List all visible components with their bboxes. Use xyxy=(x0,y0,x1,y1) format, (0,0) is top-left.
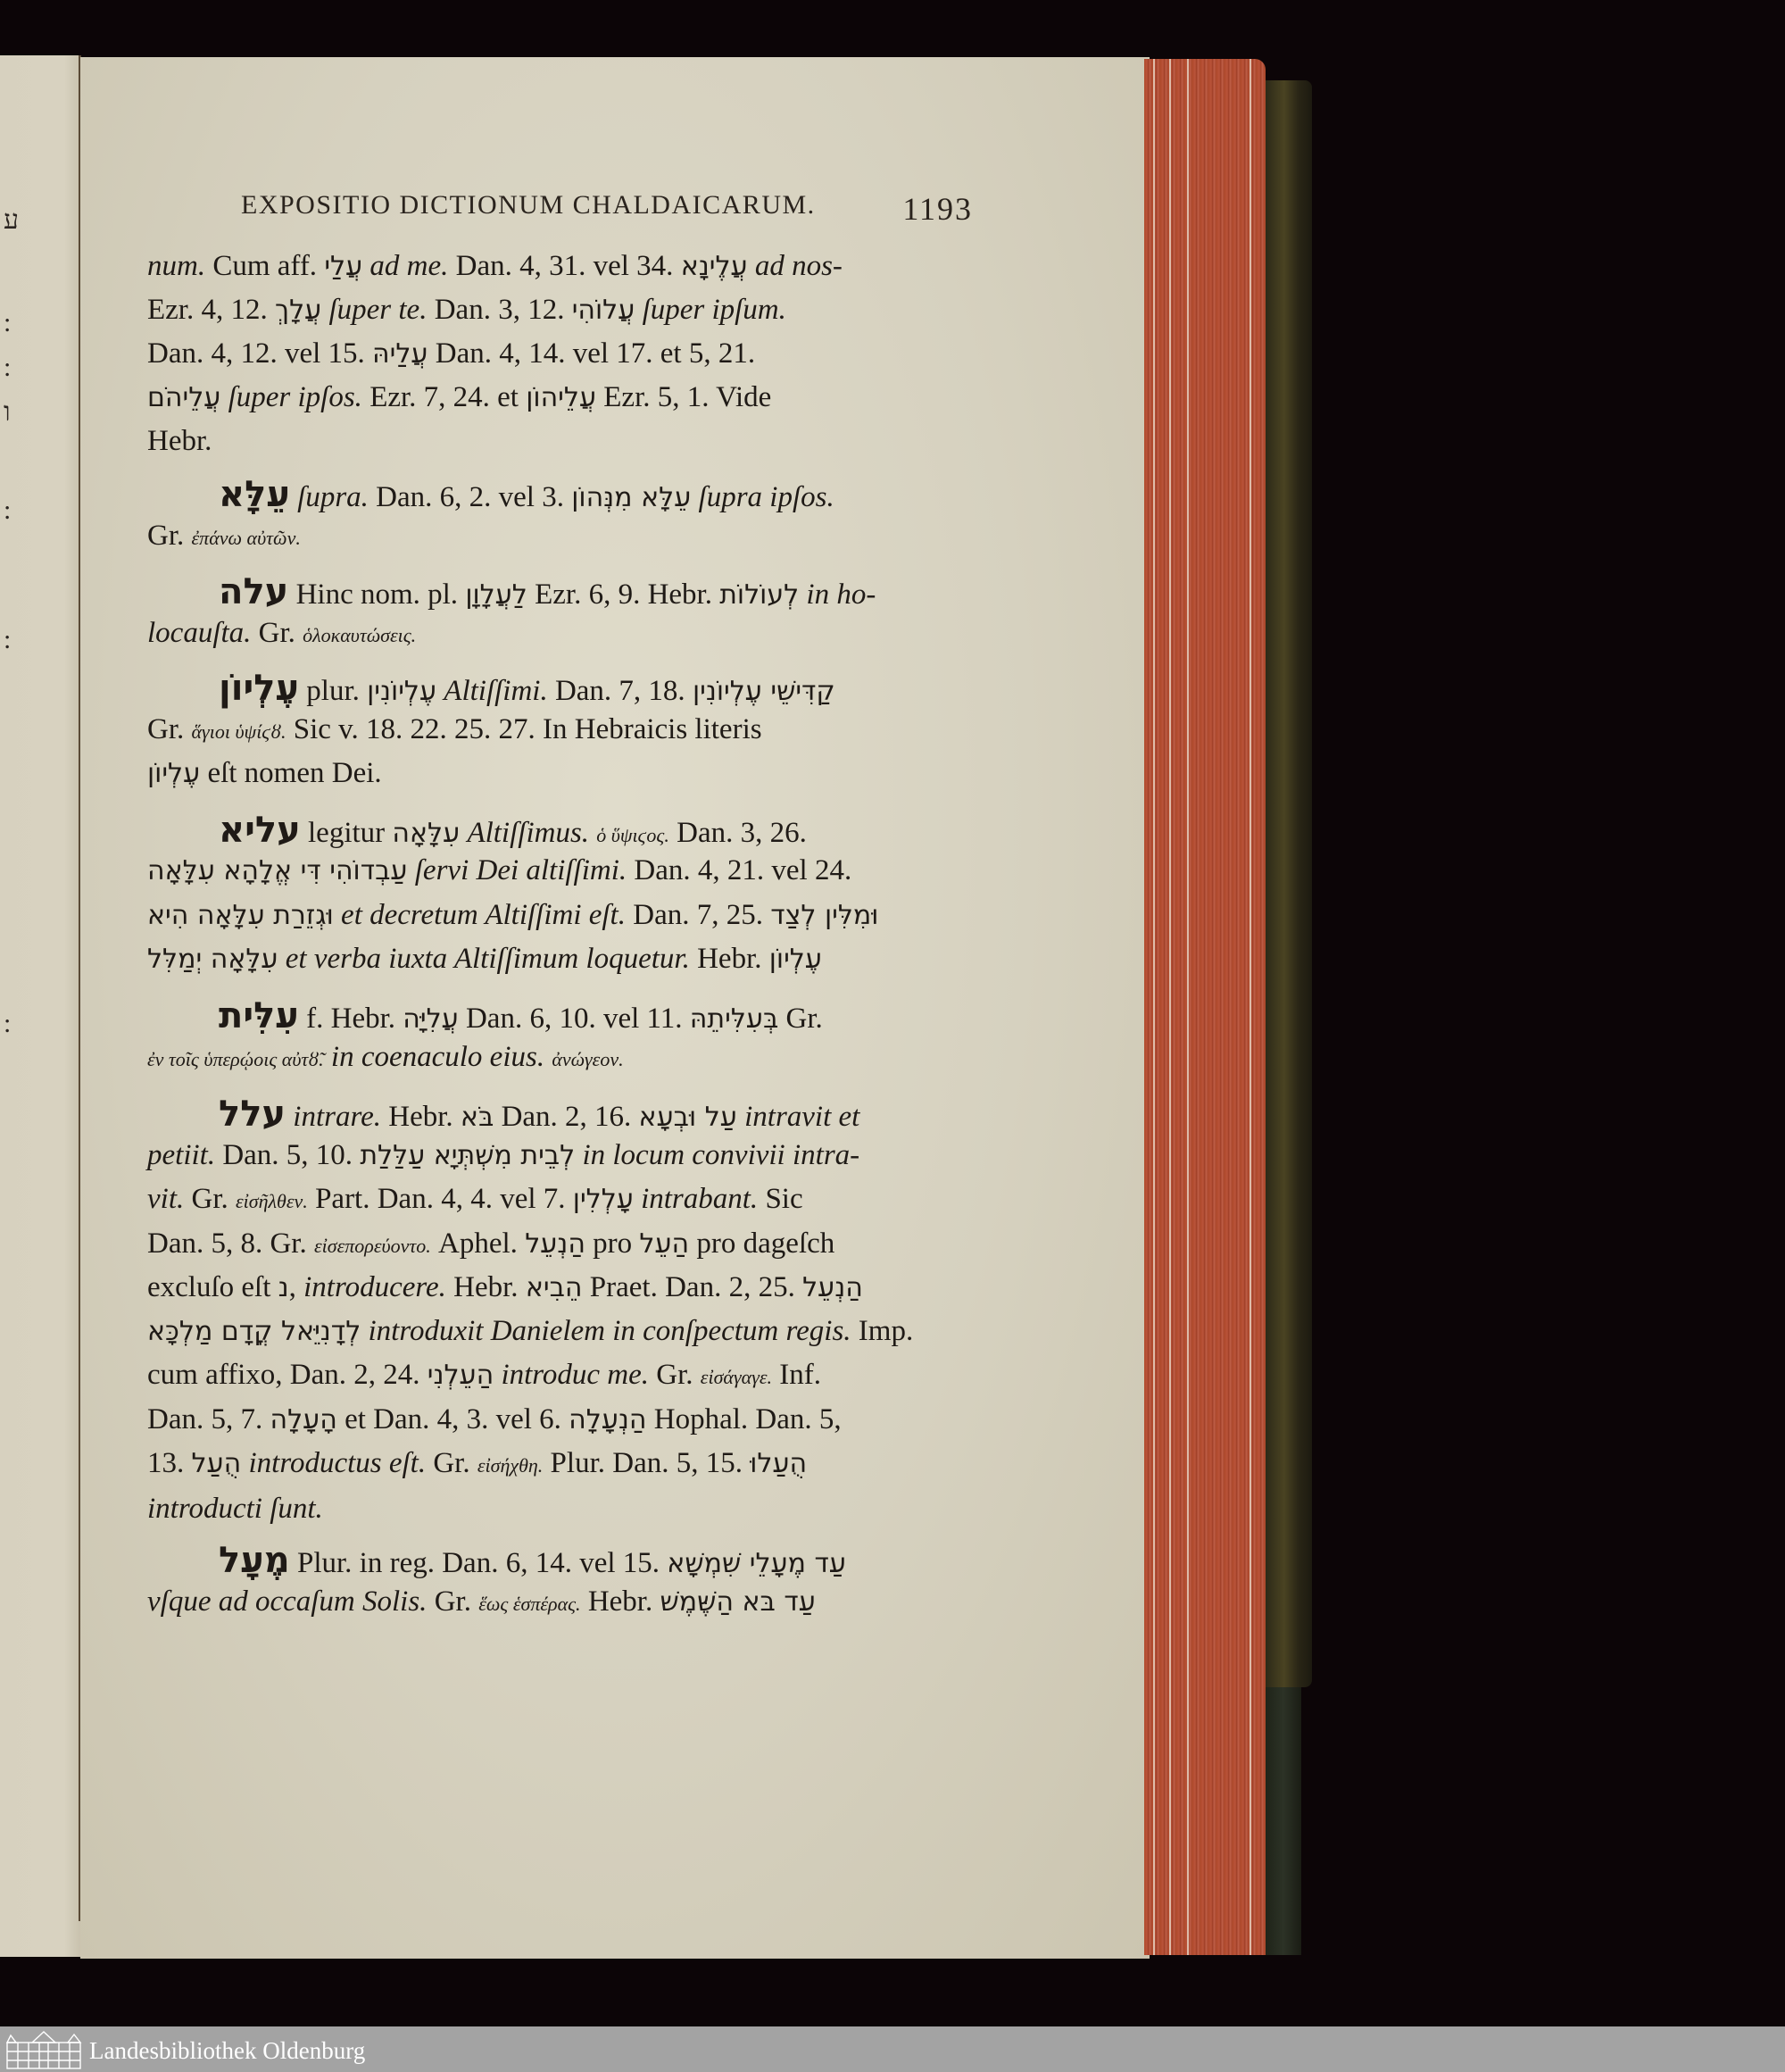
hebrew-text: עֲלָךְ xyxy=(275,295,321,326)
greek-text: ἐν τοῖς ὑπερῴοις αὐτȣ̃. xyxy=(147,1048,324,1070)
hebrew-text: עֲלִיָּה xyxy=(403,1003,458,1035)
latin-text: ſuper ipſos. xyxy=(220,381,362,413)
latin-text: Hebr. xyxy=(581,1585,660,1618)
page-fore-edge xyxy=(1144,59,1266,1955)
latin-text: introduc me. xyxy=(494,1359,649,1391)
hebrew-text: עֲלֵיהוֹן xyxy=(526,382,596,413)
text-line: vſque ad occaſum Solis. Gr. ἕως ἑσπέρας.… xyxy=(147,1587,816,1617)
latin-text: introducti ſunt. xyxy=(147,1493,323,1525)
hebrew-text: הָעָלָה xyxy=(270,1404,336,1435)
book-binding xyxy=(1266,80,1312,1687)
latin-text: et decretum Altiſſimi eſt. xyxy=(334,899,626,931)
running-title: EXPOSITIO DICTIONUM CHALDAICARUM. xyxy=(241,190,816,228)
latin-text: ſupra. xyxy=(290,481,369,513)
latin-text: in coenaculo eius. xyxy=(324,1041,544,1073)
library-building-icon xyxy=(5,2030,82,2069)
text-line: introducti ſunt. xyxy=(147,1494,323,1524)
latin-text: cum affixo, Dan. 2, 24. xyxy=(147,1359,428,1391)
latin-text: Hebr. xyxy=(147,425,212,457)
hebrew-text: עֲלַי xyxy=(324,251,362,282)
latin-text: in locum convivii intra- xyxy=(575,1139,859,1171)
lemma-headword: עֵלָּא xyxy=(219,474,290,515)
lemma-headword: עִלִּית xyxy=(219,995,299,1036)
latin-text: pro dageſch xyxy=(689,1227,834,1260)
latin-text: Gr. xyxy=(778,1003,823,1035)
latin-text: Dan. 6, 2. vel 3. xyxy=(369,481,571,513)
hebrew-text: עֲלוֹהִי xyxy=(572,295,635,326)
latin-text: Dan. 6, 10. vel 11. xyxy=(459,1003,690,1035)
latin-text: Gr. xyxy=(147,520,192,552)
latin-text: Gr. xyxy=(649,1359,701,1391)
latin-text: Dan. 3, 26. xyxy=(669,817,807,849)
text-line: עליא legitur עִלָּאָה Altiſſimus. ὁ ὕψιϛ… xyxy=(147,812,807,848)
text-line: Gr. ἐπάνω αὐτῶν. xyxy=(147,521,301,551)
greek-text: εἰσάγαγε. xyxy=(701,1366,772,1388)
hebrew-text: עֶלְיוֹן xyxy=(769,944,822,975)
hebrew-text: עַל וּבְעָא xyxy=(639,1102,737,1133)
latin-text: Hebr. xyxy=(446,1271,526,1303)
latin-text: Gr. xyxy=(251,617,303,649)
latin-text: ad nos- xyxy=(748,250,843,282)
lemma-headword: מֶעָל xyxy=(219,1540,290,1581)
hebrew-text: עֶלְיוֹנִין xyxy=(367,676,436,707)
hebrew-text: לְעוֹלוֹת xyxy=(719,579,799,611)
text-line: עֶלְיוֹן plur. עֶלְיוֹנִין Altiſſimi. Da… xyxy=(147,670,835,706)
latin-text: intrabant. xyxy=(634,1183,758,1215)
book-binding-lower xyxy=(1266,1687,1301,1955)
latin-text: Imp. xyxy=(851,1315,914,1347)
lemma-headword: עלל xyxy=(219,1094,286,1135)
lemma-headword: עליא xyxy=(219,810,301,851)
latin-text: Plur. Dan. 5, 15. xyxy=(543,1447,750,1479)
hebrew-text: לְבֵית מִשְׁתְּיָא עַלַּלַת xyxy=(360,1140,575,1171)
latin-text: , xyxy=(289,1271,304,1303)
hebrew-text: הֵבִיא xyxy=(526,1272,583,1303)
hebrew-text: הַנְעֵל xyxy=(802,1272,863,1303)
latin-text: ſupra ipſos. xyxy=(691,481,834,513)
latin-text: excluſo eſt xyxy=(147,1271,278,1303)
latin-text: num. xyxy=(147,250,205,282)
latin-text: Hebr. xyxy=(381,1101,461,1133)
latin-text: Dan. 4, 12. vel 15. xyxy=(147,337,372,370)
latin-text: Ezr. 5, 1. Vide xyxy=(596,381,771,413)
latin-text: Dan. 5, 7. xyxy=(147,1403,270,1435)
text-line: עֵלָּא ſupra. Dan. 6, 2. vel 3. עֵלָּא מ… xyxy=(147,477,834,512)
text-line: עַבְדוֹהִי דִּי אֱלָהָא עִלָּאָה ſervi D… xyxy=(147,856,851,886)
latin-text: ſervi Dei altiſſimi. xyxy=(408,854,627,886)
left-page-edge-glyph: ו xyxy=(4,397,11,428)
latin-text: Gr. xyxy=(427,1585,478,1618)
latin-text: legitur xyxy=(301,817,393,849)
latin-text: Hebr. xyxy=(690,943,769,975)
latin-text: introduxit Danielem in conſpectum regis. xyxy=(361,1315,851,1347)
latin-text: f. Hebr. xyxy=(299,1003,403,1035)
page-number: 1193 xyxy=(902,190,973,228)
text-line: 13. הֻעַל introductus eſt. Gr. εἰσήχθη. … xyxy=(147,1449,807,1478)
latin-text: Gr. xyxy=(147,713,192,745)
latin-text: Sic xyxy=(758,1183,802,1215)
latin-text: introducere. xyxy=(303,1271,446,1303)
hebrew-text: הֻעַל xyxy=(192,1448,242,1479)
text-line: עלל intrare. Hebr. בֹּא Dan. 2, 16. עַל … xyxy=(147,1096,859,1132)
latin-text: Dan. 7, 25. xyxy=(626,899,770,931)
latin-text: Cum aff. xyxy=(205,250,324,282)
latin-text: in ho- xyxy=(799,578,876,611)
lemma-headword: עֶלְיוֹן xyxy=(219,668,299,709)
hebrew-text: עֵלָּא מִנְּהוֹן xyxy=(571,482,691,513)
latin-text: Praet. Dan. 2, 25. xyxy=(583,1271,803,1303)
latin-text: introductus eſt. xyxy=(241,1447,426,1479)
hebrew-text: הַנְעֵל xyxy=(525,1228,585,1260)
latin-text: ſuper ipſum. xyxy=(635,294,786,326)
hebrew-text: עֲלַיהּ xyxy=(372,338,428,370)
text-line: עלה Hinc nom. pl. לַעֲלָוָן Ezr. 6, 9. H… xyxy=(147,574,876,610)
latin-text: Dan. 4, 31. vel 34. xyxy=(448,250,680,282)
latin-text: petiit. xyxy=(147,1139,215,1171)
text-line: מֶעָל Plur. in reg. Dan. 6, 14. vel 15. … xyxy=(147,1543,846,1578)
latin-text: Part. Dan. 4, 4. vel 7. xyxy=(308,1183,573,1215)
hebrew-text: עֶלְיוֹן xyxy=(147,758,200,789)
latin-text: plur. xyxy=(299,675,367,707)
latin-text: 13. xyxy=(147,1447,192,1479)
greek-text: ὁλοκαυτώσεις. xyxy=(303,624,416,646)
latin-text: ſuper te. xyxy=(321,294,427,326)
text-line: Dan. 4, 12. vel 15. עֲלַיהּ Dan. 4, 14. … xyxy=(147,339,755,369)
latin-text: locauſta. xyxy=(147,617,251,649)
greek-text: ἐπάνω αὐτῶν. xyxy=(192,527,301,549)
text-line: Hebr. xyxy=(147,427,212,456)
greek-text: εἰσήχθη. xyxy=(477,1454,543,1477)
hebrew-text: וּגְזֵרַת עִלָּאָה הִיא xyxy=(147,900,334,931)
text-line: וּגְזֵרַת עִלָּאָה הִיא et decretum Alti… xyxy=(147,901,878,930)
running-header: EXPOSITIO DICTIONUM CHALDAICARUM. 1193 xyxy=(241,190,973,228)
text-line: ἐν τοῖς ὑπερῴοις αὐτȣ̃. in coenaculo eiu… xyxy=(147,1043,624,1072)
hebrew-text: עַד מֶעָלֵי שִׁמְשָׁא xyxy=(667,1548,846,1579)
hebrew-text: הַנְעָלָה xyxy=(569,1404,646,1435)
greek-text: ἕως ἑσπέρας. xyxy=(478,1593,580,1615)
latin-text: Dan. 4, 21. vel 24. xyxy=(627,854,851,886)
text-line: excluſo eſt נ, introducere. Hebr. הֵבִיא… xyxy=(147,1273,863,1302)
hebrew-text: לַעֲלָוָן xyxy=(465,579,527,611)
text-line: לְדָנִיֵּאל קֳדָם מַלְכָּא introduxit Da… xyxy=(147,1317,913,1346)
latin-text: Dan. 5, 8. Gr. xyxy=(147,1227,314,1260)
hebrew-text: עֲלֶינָא xyxy=(681,251,748,282)
latin-text: intravit et xyxy=(737,1101,859,1133)
hebrew-text: הַעֵלְנִי xyxy=(428,1360,494,1391)
latin-text: eſt nomen Dei. xyxy=(200,757,381,789)
latin-text: ad me. xyxy=(362,250,448,282)
left-page: ע׃׃ו׃׃׃ xyxy=(0,55,80,1957)
latin-text: Gr. xyxy=(184,1183,236,1215)
latin-text: Aphel. xyxy=(431,1227,525,1260)
latin-text: et Dan. 4, 3. vel 6. xyxy=(337,1403,569,1435)
text-line: Ezr. 4, 12. עֲלָךְ ſuper te. Dan. 3, 12.… xyxy=(147,295,786,325)
latin-text: Dan. 5, 10. xyxy=(215,1139,360,1171)
latin-text: Ezr. 7, 24. et xyxy=(362,381,526,413)
latin-text: Hophal. Dan. 5, xyxy=(647,1403,842,1435)
latin-text: Plur. in reg. Dan. 6, 14. vel 15. xyxy=(290,1547,668,1579)
text-line: vit. Gr. εἰσῆλθεν. Part. Dan. 4, 4. vel … xyxy=(147,1185,803,1214)
text-line: עֶלְיוֹן eſt nomen Dei. xyxy=(147,759,382,788)
latin-text: Altiſſimus. xyxy=(460,817,589,849)
latin-text: Dan. 2, 16. xyxy=(494,1101,638,1133)
greek-text: ἀνώγεον. xyxy=(552,1048,623,1070)
text-line: cum affixo, Dan. 2, 24. הַעֵלְנִי introd… xyxy=(147,1361,821,1390)
hebrew-text: קַדִּישֵׁי עֶלְיוֹנִין xyxy=(693,676,835,707)
latin-text: Dan. 4, 14. vel 17. et 5, 21. xyxy=(428,337,755,370)
text-line: petiit. Dan. 5, 10. לְבֵית מִשְׁתְּיָא ע… xyxy=(147,1141,859,1170)
latin-text: Dan. 3, 12. xyxy=(427,294,571,326)
latin-text: intrare. xyxy=(286,1101,381,1133)
latin-text: vit. xyxy=(147,1183,184,1215)
hebrew-text: וּמִלִּין לְצַד xyxy=(770,900,878,931)
hebrew-text: בֹּא xyxy=(461,1102,494,1133)
footer-bar: Landesbibliothek Oldenburg xyxy=(0,2026,1785,2072)
greek-text: ἅγιοι ὑψίϛȣ. xyxy=(192,720,286,743)
latin-text: Gr. xyxy=(426,1447,477,1479)
latin-text: Inf. xyxy=(772,1359,821,1391)
greek-text: εἰσῆλθεν. xyxy=(236,1190,308,1212)
latin-text: pro xyxy=(585,1227,640,1260)
latin-text: Hinc nom. pl. xyxy=(288,578,465,611)
greek-text: ὁ ὕψιϛος. xyxy=(596,824,669,846)
latin-text: Ezr. 4, 12. xyxy=(147,294,275,326)
text-line: עֲלֵיהֹם ſuper ipſos. Ezr. 7, 24. et עֲל… xyxy=(147,383,771,412)
text-line: Dan. 5, 7. הָעָלָה et Dan. 4, 3. vel 6. … xyxy=(147,1405,842,1435)
text-line: Dan. 5, 8. Gr. εἰσεπορεύοντο. Aphel. הַנ… xyxy=(147,1229,834,1259)
hebrew-text: עֲלֵיהֹם xyxy=(147,382,220,413)
latin-text: Dan. 7, 18. xyxy=(548,675,693,707)
hebrew-text: הֻעַלוּ xyxy=(750,1448,807,1479)
hebrew-text: עַד בּא הַשֶּׁמֶשׁ xyxy=(660,1586,815,1618)
lemma-headword: עלה xyxy=(219,571,288,612)
hebrew-text: עַבְדוֹהִי דִּי אֱלָהָא עִלָּאָה xyxy=(147,855,408,886)
hebrew-text: בְּעִלִּיתֵהּ xyxy=(690,1003,779,1035)
text-line: locauſta. Gr. ὁλοκαυτώσεις. xyxy=(147,619,416,648)
left-page-edge-glyph: ע xyxy=(4,205,19,236)
hebrew-text: לְדָנִיֵּאל קֳדָם מַלְכָּא xyxy=(147,1316,361,1347)
hebrew-text: נ xyxy=(278,1272,289,1303)
latin-text: vſque ad occaſum Solis. xyxy=(147,1585,427,1618)
latin-text: Ezr. 6, 9. Hebr. xyxy=(527,578,719,611)
greek-text: εἰσεπορεύοντο. xyxy=(314,1235,431,1257)
hebrew-text: הַעֵל xyxy=(639,1228,689,1260)
library-name: Landesbibliothek Oldenburg xyxy=(89,2037,365,2065)
text-line: עִלָּאָה יְמַלִּל et verba iuxta Altiſſi… xyxy=(147,944,822,974)
text-line: Gr. ἅγιοι ὑψίϛȣ. Sic v. 18. 22. 25. 27. … xyxy=(147,715,762,745)
hebrew-text: עִלָּאָה xyxy=(392,818,460,849)
latin-text: Sic v. 18. 22. 25. 27. In Hebraicis lite… xyxy=(286,713,761,745)
latin-text: Altiſſimi. xyxy=(436,675,548,707)
hebrew-text: עִלָּאָה יְמַלִּל xyxy=(147,944,278,975)
book-scan: ע׃׃ו׃׃׃ EXPOSITIO DICTIONUM CHALDAICARUM… xyxy=(0,0,1785,2026)
text-line: num. Cum aff. עֲלַי ad me. Dan. 4, 31. v… xyxy=(147,252,843,281)
latin-text: et verba iuxta Altiſſimum loquetur. xyxy=(278,943,690,975)
hebrew-text: עָלְלִין xyxy=(573,1184,634,1215)
text-line: עִלִּית f. Hebr. עֲלִיָּה Dan. 6, 10. ve… xyxy=(147,998,823,1034)
